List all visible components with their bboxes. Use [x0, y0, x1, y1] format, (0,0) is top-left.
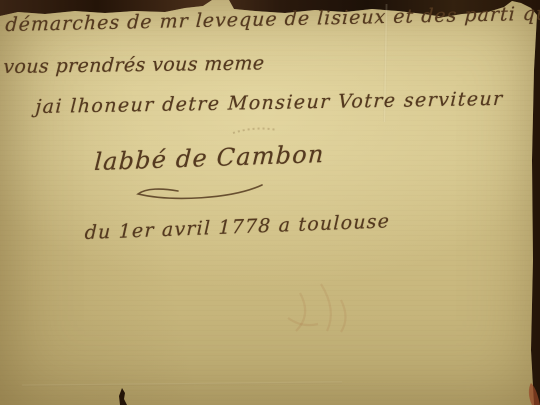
letter-photograph: démarches de mr leveque de lisieux et de… — [0, 0, 540, 405]
letter-body-line-2: vous prendrés vous meme — [3, 52, 265, 78]
